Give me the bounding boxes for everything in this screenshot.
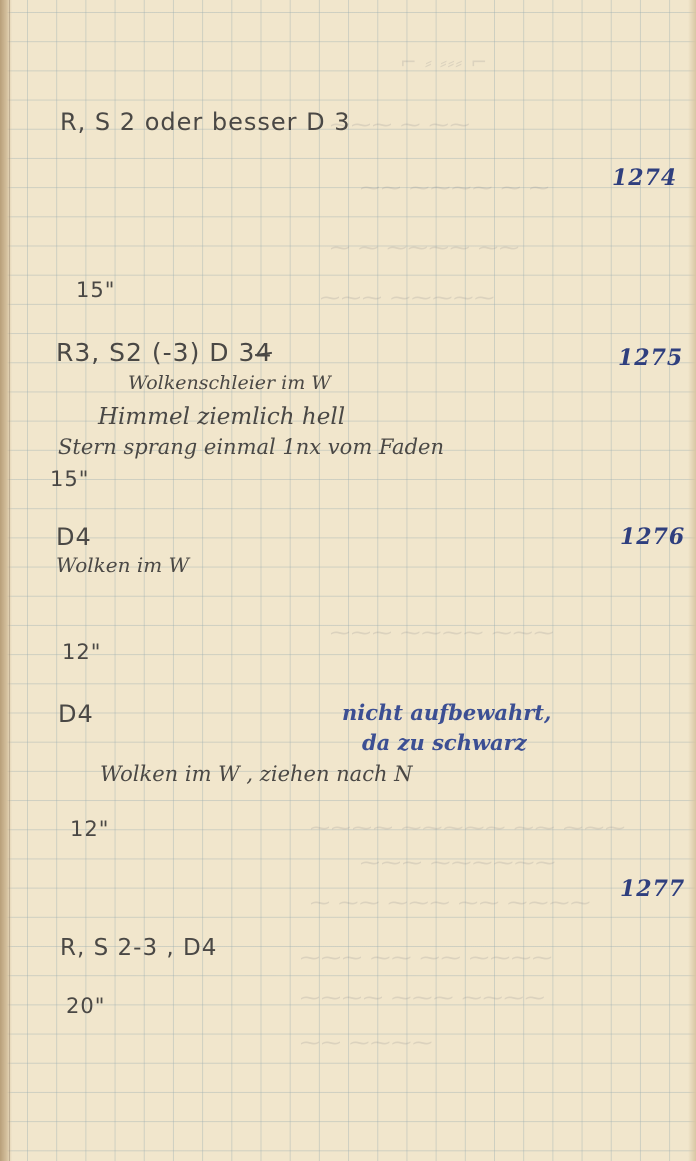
exposure-duration: 15" [76,278,115,302]
note-line: Himmel ziemlich hell [98,404,345,430]
bleed-through-text: ⁓ ⁓ ⁓⁓⁓⁓ ⁓⁓ [330,235,520,259]
bleed-through-text: ⁓⁓⁓⁓ ⁓⁓⁓ ⁓⁓⁓⁓ [300,985,546,1009]
seeing-line: R, S 2-3 , D4 [60,935,217,961]
bleed-through-text: ⌐ ⸗ ⸗⸗⸗ ⌐ [400,50,488,75]
note-line: Wolken im W , ziehen nach N [100,762,413,786]
ink-note: nicht aufbewahrt, [342,700,551,725]
bleed-through-text: ⁓⁓⁓⁓ ⁓⁓⁓⁓⁓ ⁓⁓ ⁓⁓⁓ [310,815,626,839]
bleed-through-text: ⁓⁓⁓ ⁓ ⁓⁓ [330,112,471,136]
seeing-text: R3, S2 (-3) D 3 [56,338,255,367]
bleed-through-text: ⁓⁓⁓ ⁓⁓⁓⁓ ⁓⁓⁓ [330,620,555,644]
entry-number: 1275 [618,345,683,371]
entry-number: 1276 [620,524,685,550]
bleed-through-text: ⁓⁓⁓ ⁓⁓ ⁓⁓ ⁓⁓⁓⁓ [300,945,553,969]
bleed-through-text: ⁓ ⁓⁓ ⁓⁓⁓ ⁓⁓ ⁓⁓⁓⁓ [310,890,591,914]
note-line: Wolken im W [56,553,189,577]
entry-number: 1277 [620,876,685,902]
page-binding-edge [0,0,12,1161]
seeing-line: D4 [56,523,92,551]
page-right-edge [688,0,696,1161]
bleed-through-text: ⁓⁓⁓ ⁓⁓⁓⁓⁓⁓ [360,850,556,874]
seeing-line: D4 [58,700,94,728]
seeing-line: R3, S2 (-3) D 34 [56,338,272,367]
ink-note: da zu schwarz [362,730,527,755]
bleed-through-text: ⁓⁓⁓ ⁓⁓⁓⁓⁓ [320,285,495,309]
bleed-through-text: ⁓⁓ ⁓⁓⁓⁓ ⁓ ⁓ [360,175,550,199]
exposure-duration: 15" [50,467,89,491]
entry-number: 1274 [612,165,677,191]
struck-out-value: 4 [255,338,272,367]
note-line: Wolkenschleier im W [128,372,331,394]
exposure-duration: 20" [66,994,105,1018]
exposure-duration: 12" [70,817,109,841]
seeing-line: R, S 2 oder besser D 3 [60,108,351,136]
binding-line [9,0,10,1161]
bleed-through-text: ⁓⁓ ⁓⁓⁓⁓ [300,1030,433,1054]
note-line: Stern sprang einmal 1nx vom Faden [58,435,444,459]
exposure-duration: 12" [62,640,101,664]
